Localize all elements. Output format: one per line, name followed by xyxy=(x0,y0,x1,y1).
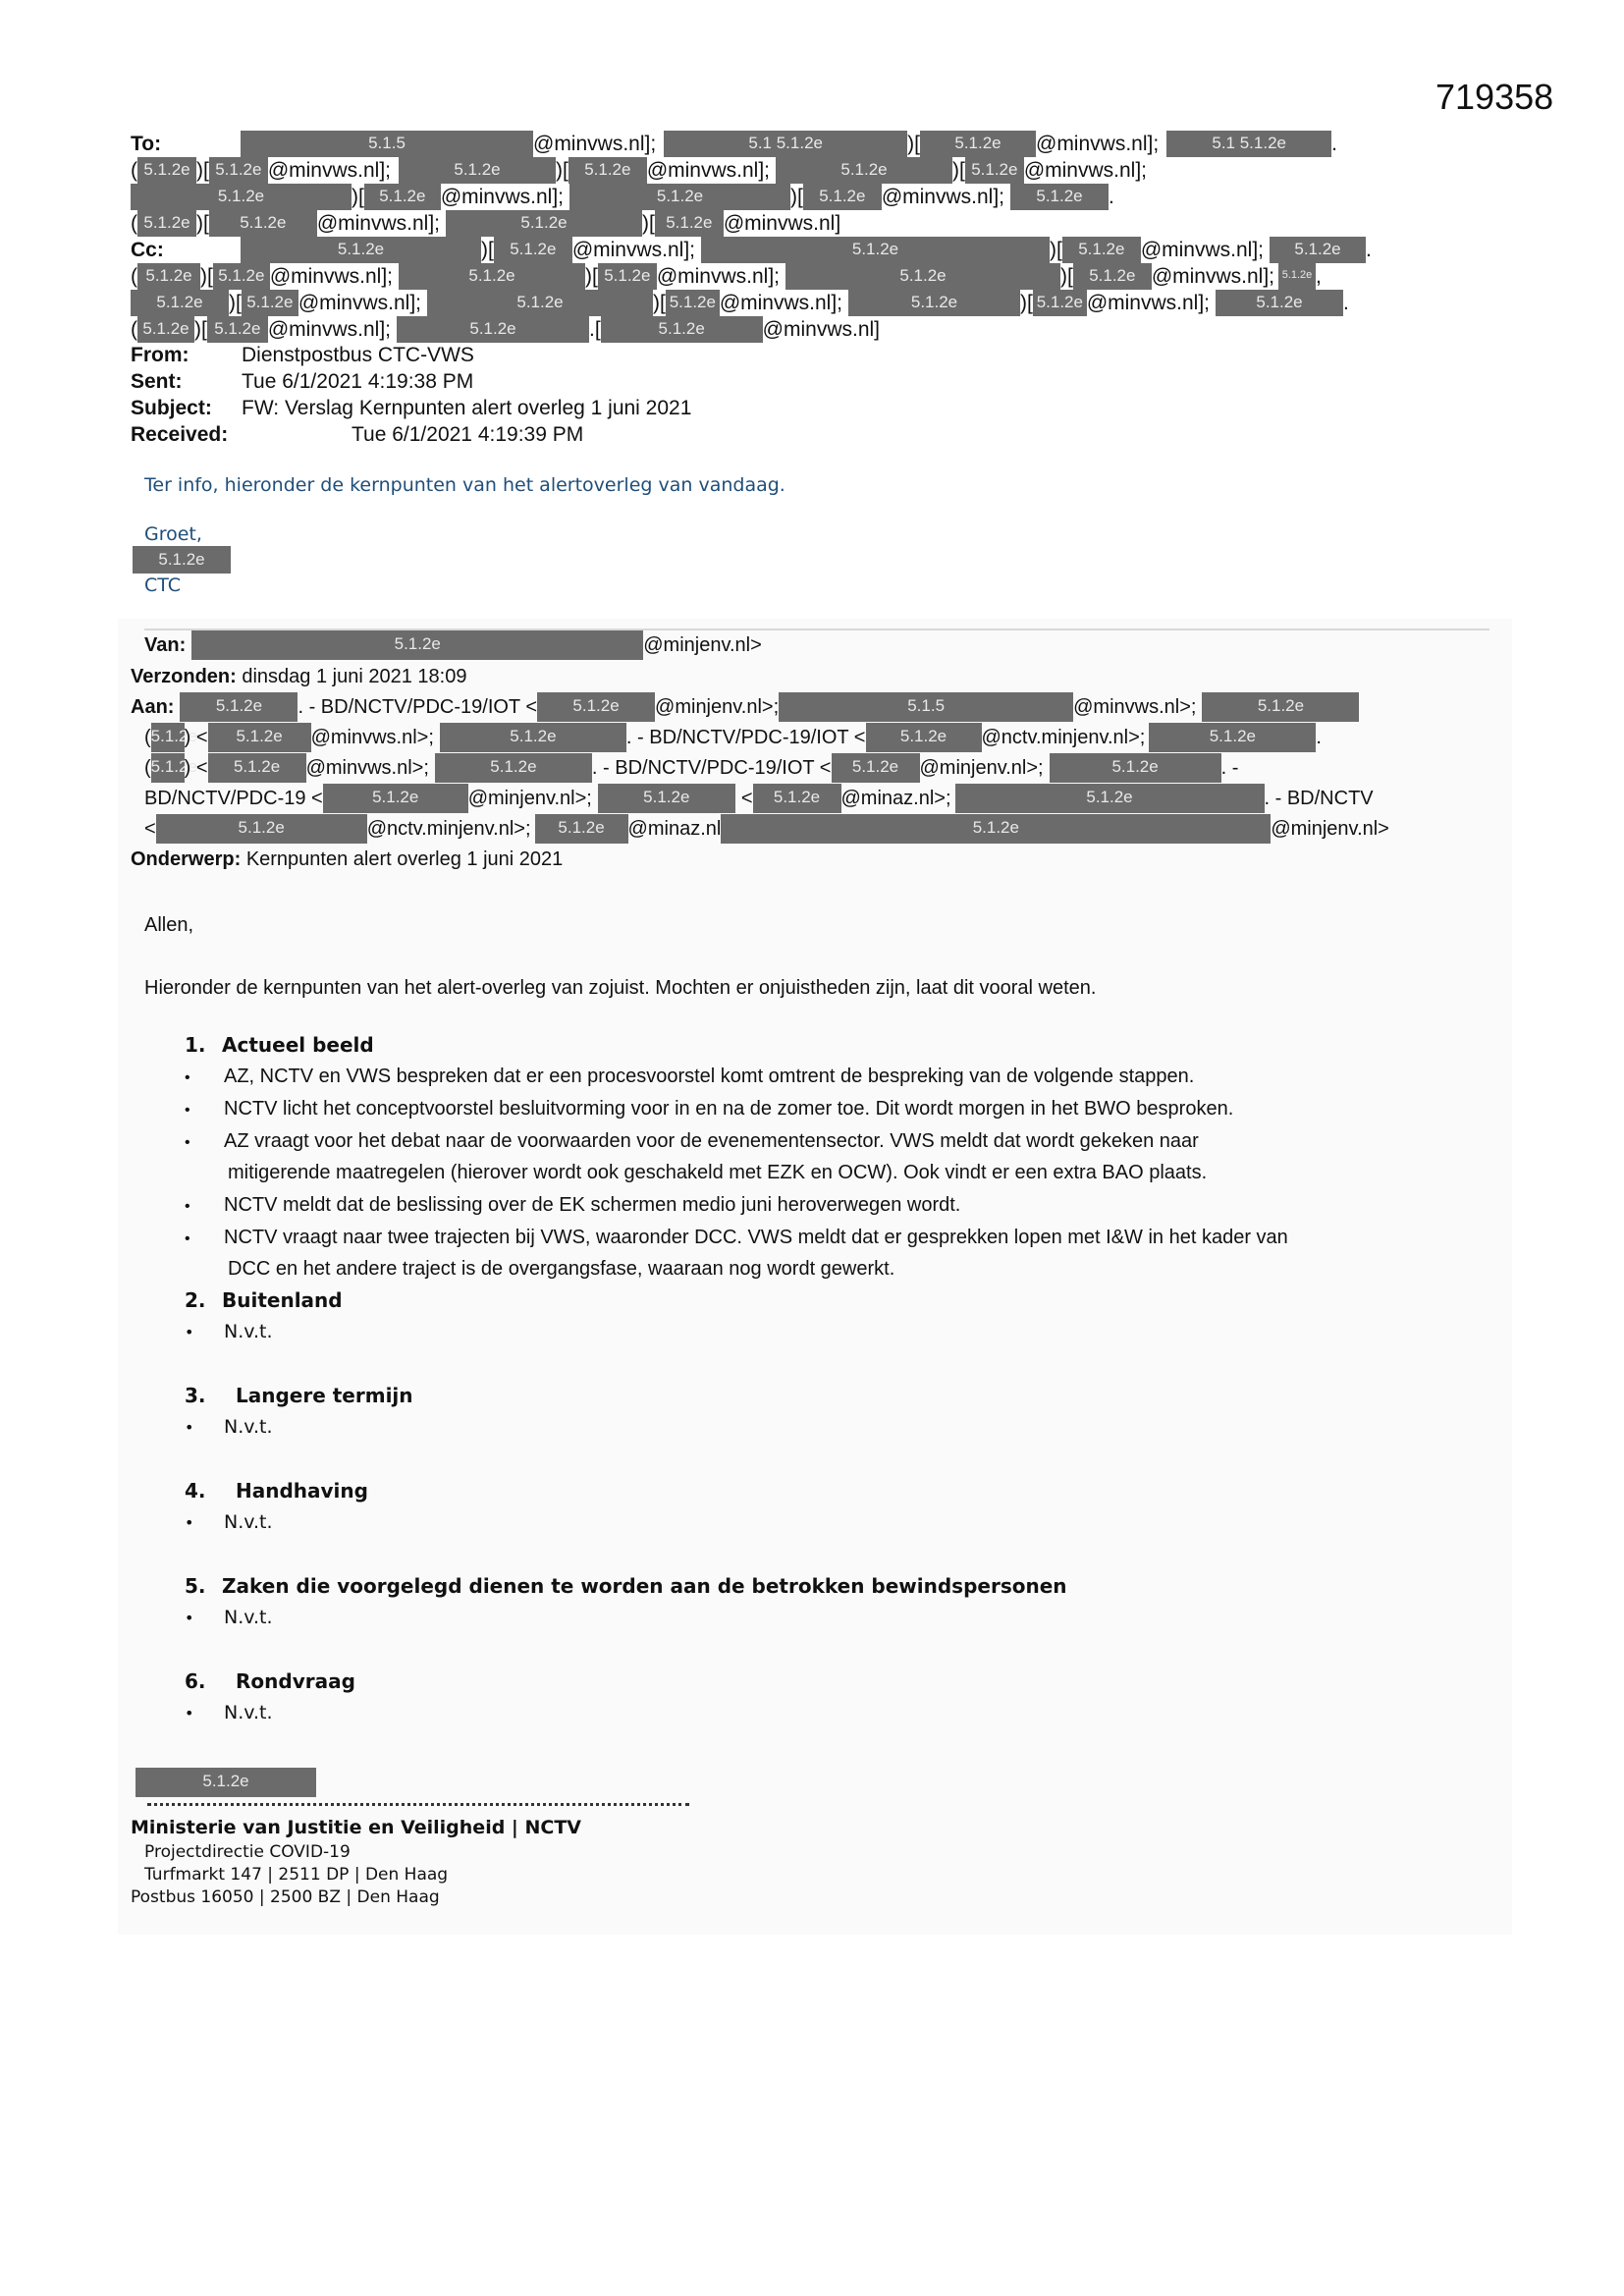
to-row-3: 5.1.2e)[5.1.2e@minvws.nl];5.1.2e)[5.1.2e… xyxy=(131,184,1114,210)
to-row-4: (5.1.2e)[5.1.2e@minvws.nl];5.1.2e)[5.1.2… xyxy=(131,210,840,237)
aan-row-5: <5.1.2e@nctv.minjenv.nl>;5.1.2e@minaz.nl… xyxy=(144,814,1389,844)
received-field: Received:Tue 6/1/2021 4:19:39 PM xyxy=(131,421,583,448)
redaction: 5.1 5.1.2e xyxy=(1166,131,1331,157)
redaction: 5.1.2e xyxy=(721,814,1271,844)
subject-field: Subject:FW: Verslag Kernpunten alert ove… xyxy=(131,395,691,421)
redaction: 5.1.2e xyxy=(137,316,194,343)
section-3-bullet: •N.v.t. xyxy=(185,1411,273,1444)
section-1-heading: 1.Actueel beeld xyxy=(185,1029,374,1061)
intro-text: Ter info, hieronder de kernpunten van he… xyxy=(144,472,785,498)
redaction: 5.1.2e xyxy=(655,210,724,237)
redaction: 5.1.2e xyxy=(535,814,628,844)
redaction: 5.1.2e xyxy=(701,237,1050,263)
section-5-bullet: •N.v.t. xyxy=(185,1602,273,1634)
redaction: 5.1.2e xyxy=(399,157,556,184)
redaction: 5.1.2e xyxy=(568,157,647,184)
cc-row-3: 5.1.2e)[5.1.2e@minvws.nl];5.1.2e)[5.1.2e… xyxy=(131,290,1349,316)
redaction: 5.1.2e xyxy=(207,316,268,343)
redaction: 5.1.2e xyxy=(191,630,643,660)
van-field: Van:5.1.2e@minjenv.nl> xyxy=(144,630,762,660)
aan-row-4: BD/NCTV/PDC-19 <5.1.2e@minjenv.nl>;5.1.2… xyxy=(144,784,1374,813)
signature-address: Turfmarkt 147 | 2511 DP | Den Haag xyxy=(144,1864,448,1886)
redaction: 5.1.2e xyxy=(776,157,952,184)
redaction: 5.1.2e xyxy=(208,753,306,783)
aan-row-1: Aan:5.1.2e. - BD/NCTV/PDC-19/IOT <5.1.2e… xyxy=(131,692,1359,722)
section-1-bullet: •NCTV vraagt naar twee trajecten bij VWS… xyxy=(185,1222,1288,1255)
redaction: 5.1.5 xyxy=(241,131,533,157)
redaction: 5.1.2e xyxy=(435,753,592,783)
greeting: Groet, xyxy=(144,521,202,547)
redaction: 5.1.2e xyxy=(920,131,1036,157)
redaction: 5.1.5 xyxy=(779,692,1073,722)
signature-name-redaction: 5.1.2e xyxy=(135,1768,316,1797)
redaction: 5.1.2e xyxy=(494,237,572,263)
redaction: 5.1.2e xyxy=(440,723,626,752)
redaction: 5.1.2e xyxy=(1073,263,1152,290)
cc-row-4: (5.1.2e)[5.1.2e@minvws.nl];5.1.2e.[5.1.2… xyxy=(131,316,880,343)
section-4-heading: 4.Handhaving xyxy=(185,1475,368,1506)
redaction: 5.1.2e xyxy=(848,290,1020,316)
salutation: Allen, xyxy=(144,909,193,941)
sent-value: Tue 6/1/2021 4:19:38 PM xyxy=(242,370,473,393)
redaction: 5.1.2e xyxy=(1202,692,1359,722)
signature-dept: Projectdirectie COVID-19 xyxy=(144,1841,351,1864)
sender-redaction: 5.1.2e xyxy=(133,546,231,574)
redaction: 5.1.2e xyxy=(241,237,481,263)
section-6-heading: 6.Rondvraag xyxy=(185,1666,355,1697)
redaction: 5.1.2e xyxy=(137,263,200,290)
redaction: 5.1.2e xyxy=(1062,237,1141,263)
verzonden-field: Verzonden: dinsdag 1 juni 2021 18:09 xyxy=(131,662,466,691)
redaction: 5.1.2e xyxy=(242,290,298,316)
redaction: 5.1.2e xyxy=(569,184,790,210)
document-number: 719358 xyxy=(1435,77,1553,118)
redaction: 5.1.2e xyxy=(131,290,229,316)
signature-postbus: Postbus 16050 | 2500 BZ | Den Haag xyxy=(131,1886,440,1909)
redaction: 5.1.2e xyxy=(213,263,270,290)
section-2-bullet: •N.v.t. xyxy=(185,1316,273,1348)
redaction: 5.1.2e xyxy=(965,157,1024,184)
redaction: 5.1.2e xyxy=(832,753,920,783)
section-1-bullet: •NCTV meldt dat de beslissing over de EK… xyxy=(185,1189,960,1223)
section-6-bullet: •N.v.t. xyxy=(185,1697,273,1729)
redaction: 5.1.2e xyxy=(1278,263,1316,290)
redaction: 5.1.2e xyxy=(399,263,585,290)
from-field: From:Dienstpostbus CTC-VWS xyxy=(131,342,474,368)
redaction: 5.1.2e xyxy=(1216,290,1343,316)
section-1-bullet: •AZ, NCTV en VWS bespreken dat er een pr… xyxy=(185,1061,1194,1094)
redaction: 5.1.2e xyxy=(666,290,720,316)
redaction: 5.1.2e xyxy=(753,784,841,813)
redaction: 5.1.2e xyxy=(209,210,317,237)
redaction: 5.1.2e xyxy=(137,157,196,184)
redaction: 5.1.2e xyxy=(785,263,1060,290)
redaction: 5.1.2e xyxy=(364,184,441,210)
redaction: 5.1.2e xyxy=(209,157,268,184)
redaction: 5.1.2e xyxy=(446,210,642,237)
section-5-heading: 5.Zaken die voorgelegd dienen te worden … xyxy=(185,1570,1067,1602)
from-value: Dienstpostbus CTC-VWS xyxy=(242,344,474,366)
redaction: 5.1.2e xyxy=(180,692,298,722)
redaction: 5.1.2e xyxy=(1010,184,1109,210)
to-label: To: xyxy=(131,131,241,157)
section-2-heading: 2.Buitenland xyxy=(185,1285,343,1316)
body-intro: Hieronder de kernpunten van het alert-ov… xyxy=(144,972,1096,1004)
signature-dotted-divider xyxy=(147,1803,689,1810)
redaction: 5.1.2e xyxy=(1270,237,1366,263)
aan-row-2: (5.1.2e) <5.1.2e@minvws.nl>;5.1.2e. - BD… xyxy=(144,723,1322,752)
redaction: 5.1.2e xyxy=(131,184,352,210)
redaction: 5.1.2e xyxy=(598,263,657,290)
redaction: 5.1.2e xyxy=(537,692,655,722)
redaction: 5.1.2e xyxy=(1033,290,1087,316)
sender-org: CTC xyxy=(144,573,181,598)
cc-label: Cc: xyxy=(131,237,241,263)
redaction: 5.1.2e xyxy=(598,784,735,813)
sent-field: Sent:Tue 6/1/2021 4:19:38 PM xyxy=(131,368,473,395)
redaction: 5.1.2e xyxy=(803,184,882,210)
document-page: 719358 To:5.1.5@minvws.nl];5.1 5.1.2e)[5… xyxy=(0,0,1624,2296)
redaction: 5.1.2e xyxy=(208,723,311,752)
redaction: 5.1.2e xyxy=(866,723,982,752)
redaction: 5.1.2e xyxy=(323,784,468,813)
redaction: 5.1.2e xyxy=(1050,753,1221,783)
redaction: 5.1.2e xyxy=(427,290,653,316)
received-value: Tue 6/1/2021 4:19:39 PM xyxy=(352,423,583,446)
section-1-bullet: •AZ vraagt voor het debat naar de voorwa… xyxy=(185,1125,1199,1159)
redaction: 5.1.2e xyxy=(1149,723,1316,752)
redaction: 5.1 5.1.2e xyxy=(664,131,907,157)
subject-value: FW: Verslag Kernpunten alert overleg 1 j… xyxy=(242,397,691,419)
redaction: 5.1.2e xyxy=(137,210,196,237)
redaction: 5.1.2e xyxy=(601,316,763,343)
redaction: 5.1.2e xyxy=(397,316,589,343)
section-4-bullet: •N.v.t. xyxy=(185,1506,273,1539)
redaction: 5.1.2e xyxy=(156,814,367,844)
cc-row-1: Cc:5.1.2e)[5.1.2e@minvws.nl];5.1.2e)[5.1… xyxy=(131,237,1372,263)
to-row-1: To:5.1.5@minvws.nl];5.1 5.1.2e)[5.1.2e@m… xyxy=(131,131,1337,157)
section-1-bullet: •NCTV licht het conceptvoorstel besluitv… xyxy=(185,1093,1233,1126)
section-3-heading: 3.Langere termijn xyxy=(185,1380,413,1411)
aan-row-3: (5.1.2e) <5.1.2e@minvws.nl>;5.1.2e. - BD… xyxy=(144,753,1238,783)
signature-org: Ministerie van Justitie en Veiligheid | … xyxy=(131,1817,581,1839)
onderwerp-field: Onderwerp: Kernpunten alert overleg 1 ju… xyxy=(131,845,563,874)
redaction: 5.1.2e xyxy=(955,784,1265,813)
redaction: 5.1.2e xyxy=(151,753,185,783)
to-row-2: (5.1.2e)[5.1.2e@minvws.nl];5.1.2e)[5.1.2… xyxy=(131,157,1147,184)
cc-row-2: (5.1.2e)[5.1.2e@minvws.nl];5.1.2e)[5.1.2… xyxy=(131,263,1322,290)
redaction: 5.1.2e xyxy=(151,723,185,752)
